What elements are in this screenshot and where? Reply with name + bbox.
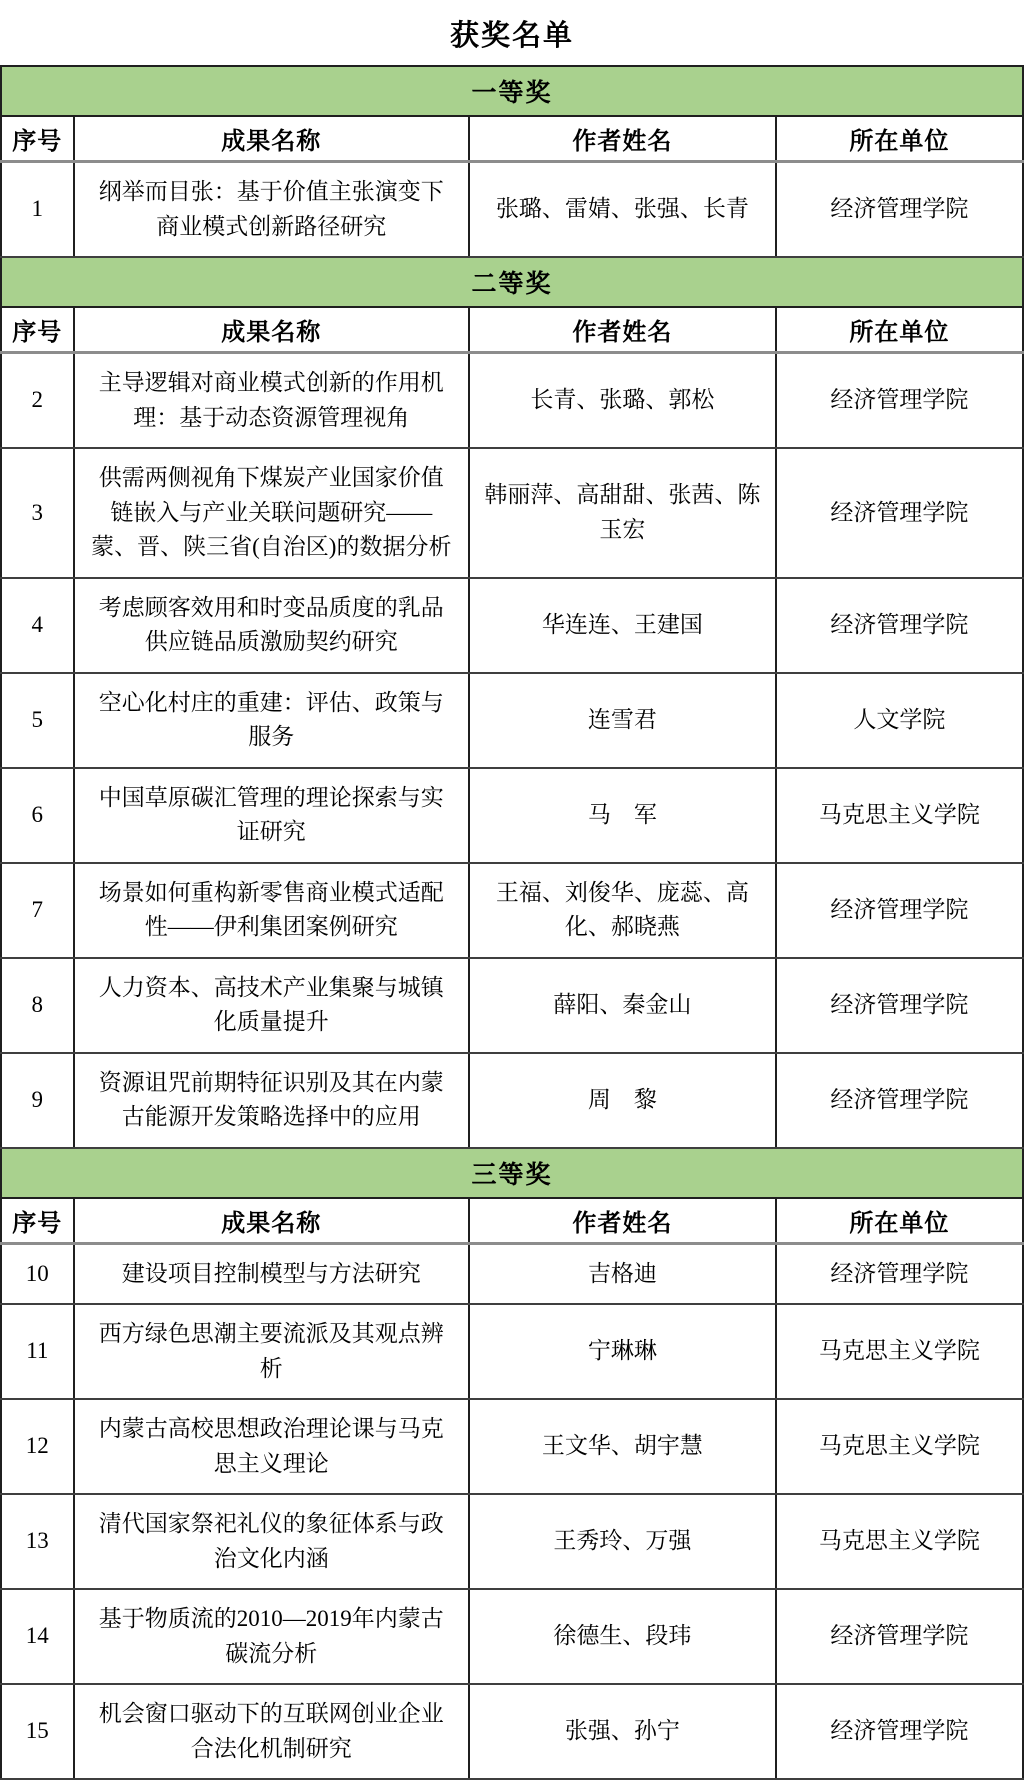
table-row: 7 场景如何重构新零售商业模式适配性——伊利集团案例研究 王福、刘俊华、庞蕊、高… [1,863,1023,958]
row-number-cell: 6 [1,768,74,863]
page-title: 获奖名单 [0,0,1024,65]
achievement-name-cell: 清代国家祭祀礼仪的象征体系与政治文化内涵 [74,1494,470,1589]
table-row: 12 内蒙古高校思想政治理论课与马克思主义理论 王文华、胡宇慧 马克思主义学院 [1,1399,1023,1494]
prize-section-row: 三等奖 [1,1148,1023,1198]
row-number-cell: 3 [1,448,74,578]
column-header-row: 序号 成果名称 作者姓名 所在单位 [1,116,1023,162]
unit-cell: 人文学院 [776,673,1023,768]
table-row: 2 主导逻辑对商业模式创新的作用机理：基于动态资源管理视角 长青、张璐、郭松 经… [1,353,1023,449]
prize-section-label: 一等奖 [1,66,1023,116]
prize-section-label: 二等奖 [1,257,1023,307]
achievement-name-cell: 西方绿色思潮主要流派及其观点辨析 [74,1304,470,1399]
column-header-authors: 作者姓名 [469,116,776,162]
unit-cell: 经济管理学院 [776,958,1023,1053]
achievement-name-cell: 机会窗口驱动下的互联网创业企业合法化机制研究 [74,1684,470,1779]
unit-cell: 马克思主义学院 [776,768,1023,863]
awards-table-body: 一等奖 序号 成果名称 作者姓名 所在单位 1 纲举而目张：基于价值主张演变下商… [1,66,1023,1779]
table-row: 14 基于物质流的2010—2019年内蒙古碳流分析 徐德生、段玮 经济管理学院 [1,1589,1023,1684]
authors-cell: 宁琳琳 [469,1304,776,1399]
row-number-cell: 4 [1,578,74,673]
prize-section-row: 一等奖 [1,66,1023,116]
unit-cell: 经济管理学院 [776,162,1023,258]
column-header-authors: 作者姓名 [469,307,776,353]
authors-cell: 周 黎 [469,1053,776,1148]
row-number-cell: 12 [1,1399,74,1494]
row-number-cell: 10 [1,1243,74,1304]
unit-cell: 马克思主义学院 [776,1494,1023,1589]
authors-cell: 薛阳、秦金山 [469,958,776,1053]
authors-cell: 马 军 [469,768,776,863]
table-row: 4 考虑顾客效用和时变品质度的乳品供应链品质激励契约研究 华连连、王建国 经济管… [1,578,1023,673]
row-number-cell: 5 [1,673,74,768]
table-row: 5 空心化村庄的重建：评估、政策与服务 连雪君 人文学院 [1,673,1023,768]
table-row: 10 建设项目控制模型与方法研究 吉格迪 经济管理学院 [1,1243,1023,1304]
column-header-unit: 所在单位 [776,116,1023,162]
column-header-unit: 所在单位 [776,1198,1023,1244]
row-number-cell: 9 [1,1053,74,1148]
achievement-name-cell: 空心化村庄的重建：评估、政策与服务 [74,673,470,768]
awards-table: 一等奖 序号 成果名称 作者姓名 所在单位 1 纲举而目张：基于价值主张演变下商… [0,65,1024,1780]
row-number-cell: 2 [1,353,74,449]
prize-section-row: 二等奖 [1,257,1023,307]
authors-cell: 王福、刘俊华、庞蕊、高化、郝晓燕 [469,863,776,958]
achievement-name-cell: 内蒙古高校思想政治理论课与马克思主义理论 [74,1399,470,1494]
authors-cell: 张强、孙宁 [469,1684,776,1779]
column-header-name: 成果名称 [74,1198,470,1244]
unit-cell: 经济管理学院 [776,578,1023,673]
column-header-unit: 所在单位 [776,307,1023,353]
unit-cell: 马克思主义学院 [776,1399,1023,1494]
authors-cell: 王文华、胡宇慧 [469,1399,776,1494]
authors-cell: 张璐、雷婧、张强、长青 [469,162,776,258]
achievement-name-cell: 资源诅咒前期特征识别及其在内蒙古能源开发策略选择中的应用 [74,1053,470,1148]
column-header-row: 序号 成果名称 作者姓名 所在单位 [1,1198,1023,1244]
table-row: 15 机会窗口驱动下的互联网创业企业合法化机制研究 张强、孙宁 经济管理学院 [1,1684,1023,1779]
achievement-name-cell: 建设项目控制模型与方法研究 [74,1243,470,1304]
column-header-name: 成果名称 [74,307,470,353]
row-number-cell: 11 [1,1304,74,1399]
unit-cell: 经济管理学院 [776,1053,1023,1148]
column-header-name: 成果名称 [74,116,470,162]
table-row: 6 中国草原碳汇管理的理论探索与实证研究 马 军 马克思主义学院 [1,768,1023,863]
column-header-no: 序号 [1,1198,74,1244]
achievement-name-cell: 人力资本、高技术产业集聚与城镇化质量提升 [74,958,470,1053]
unit-cell: 经济管理学院 [776,353,1023,449]
achievement-name-cell: 纲举而目张：基于价值主张演变下商业模式创新路径研究 [74,162,470,258]
achievement-name-cell: 基于物质流的2010—2019年内蒙古碳流分析 [74,1589,470,1684]
column-header-no: 序号 [1,307,74,353]
achievement-name-cell: 中国草原碳汇管理的理论探索与实证研究 [74,768,470,863]
unit-cell: 经济管理学院 [776,448,1023,578]
row-number-cell: 1 [1,162,74,258]
achievement-name-cell: 考虑顾客效用和时变品质度的乳品供应链品质激励契约研究 [74,578,470,673]
table-row: 3 供需两侧视角下煤炭产业国家价值链嵌入与产业关联问题研究——蒙、晋、陕三省(自… [1,448,1023,578]
table-row: 11 西方绿色思潮主要流派及其观点辨析 宁琳琳 马克思主义学院 [1,1304,1023,1399]
achievement-name-cell: 场景如何重构新零售商业模式适配性——伊利集团案例研究 [74,863,470,958]
table-row: 8 人力资本、高技术产业集聚与城镇化质量提升 薛阳、秦金山 经济管理学院 [1,958,1023,1053]
unit-cell: 马克思主义学院 [776,1304,1023,1399]
table-row: 9 资源诅咒前期特征识别及其在内蒙古能源开发策略选择中的应用 周 黎 经济管理学… [1,1053,1023,1148]
row-number-cell: 14 [1,1589,74,1684]
achievement-name-cell: 主导逻辑对商业模式创新的作用机理：基于动态资源管理视角 [74,353,470,449]
unit-cell: 经济管理学院 [776,1589,1023,1684]
authors-cell: 吉格迪 [469,1243,776,1304]
unit-cell: 经济管理学院 [776,863,1023,958]
unit-cell: 经济管理学院 [776,1243,1023,1304]
column-header-authors: 作者姓名 [469,1198,776,1244]
row-number-cell: 13 [1,1494,74,1589]
authors-cell: 长青、张璐、郭松 [469,353,776,449]
prize-section-label: 三等奖 [1,1148,1023,1198]
table-row: 13 清代国家祭祀礼仪的象征体系与政治文化内涵 王秀玲、万强 马克思主义学院 [1,1494,1023,1589]
authors-cell: 连雪君 [469,673,776,768]
row-number-cell: 15 [1,1684,74,1779]
authors-cell: 徐德生、段玮 [469,1589,776,1684]
column-header-row: 序号 成果名称 作者姓名 所在单位 [1,307,1023,353]
achievement-name-cell: 供需两侧视角下煤炭产业国家价值链嵌入与产业关联问题研究——蒙、晋、陕三省(自治区… [74,448,470,578]
authors-cell: 韩丽萍、高甜甜、张茜、陈玉宏 [469,448,776,578]
row-number-cell: 8 [1,958,74,1053]
row-number-cell: 7 [1,863,74,958]
column-header-no: 序号 [1,116,74,162]
unit-cell: 经济管理学院 [776,1684,1023,1779]
table-row: 1 纲举而目张：基于价值主张演变下商业模式创新路径研究 张璐、雷婧、张强、长青 … [1,162,1023,258]
awards-document: 获奖名单 一等奖 序号 成果名称 作者姓名 所在单位 1 纲举而目张：基于价值主… [0,0,1024,1780]
authors-cell: 华连连、王建国 [469,578,776,673]
authors-cell: 王秀玲、万强 [469,1494,776,1589]
